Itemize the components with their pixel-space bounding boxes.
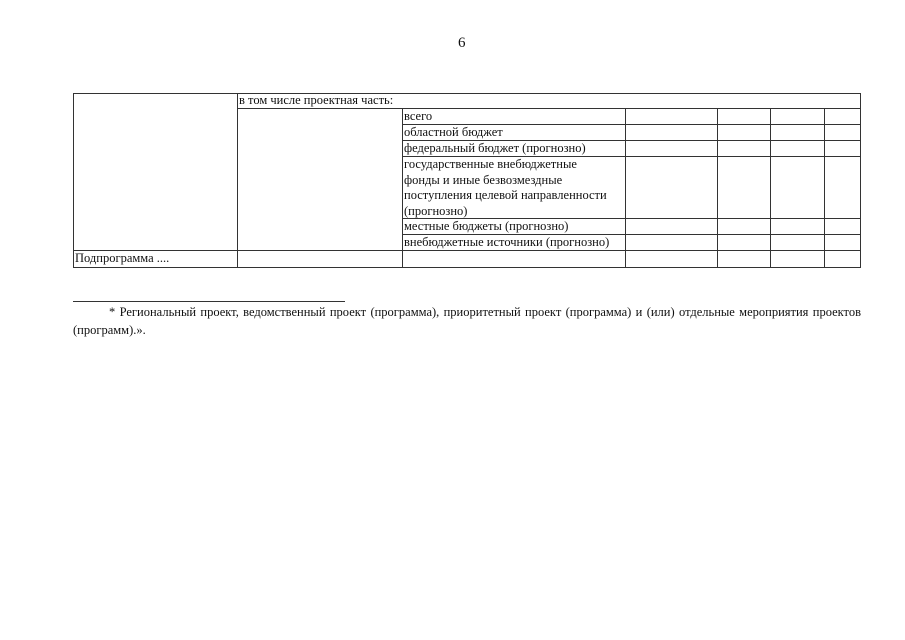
funding-source-state-funds-line2: фонды и иные безвозмездные <box>404 173 562 189</box>
table-col-divider <box>402 108 403 268</box>
footnote: * Региональный проект, ведомственный про… <box>73 303 861 339</box>
funding-source-state-funds-line4: (прогнозно) <box>404 204 467 220</box>
table-col-divider <box>824 108 825 268</box>
table-border-left <box>73 93 74 268</box>
funding-source-federal-budget: федеральный бюджет (прогнозно) <box>404 141 586 157</box>
funding-source-state-funds-line3: поступления целевой направленности <box>404 188 607 204</box>
table-border-bottom <box>73 267 861 268</box>
funding-source-extrabudgetary: внебюджетные источники (прогнозно) <box>404 235 609 251</box>
page-number: 6 <box>458 35 466 52</box>
table-col-divider <box>770 108 771 268</box>
table-border-right <box>860 93 861 268</box>
table-border-top <box>73 93 861 94</box>
funding-source-state-funds-line1: государственные внебюджетные <box>404 157 577 173</box>
funding-source-local-budgets: местные бюджеты (прогнозно) <box>404 219 568 235</box>
table-col-divider <box>625 108 626 268</box>
project-part-label: в том числе проектная часть: <box>239 93 393 109</box>
footnote-text: * Региональный проект, ведомственный про… <box>73 305 861 337</box>
table-col-divider <box>717 108 718 268</box>
funding-source-total: всего <box>404 109 432 125</box>
table-col-divider <box>237 93 238 268</box>
subprogram-label: Подпрограмма .... <box>75 251 169 267</box>
funding-source-regional-budget: областной бюджет <box>404 125 503 141</box>
footnote-rule <box>73 301 345 302</box>
